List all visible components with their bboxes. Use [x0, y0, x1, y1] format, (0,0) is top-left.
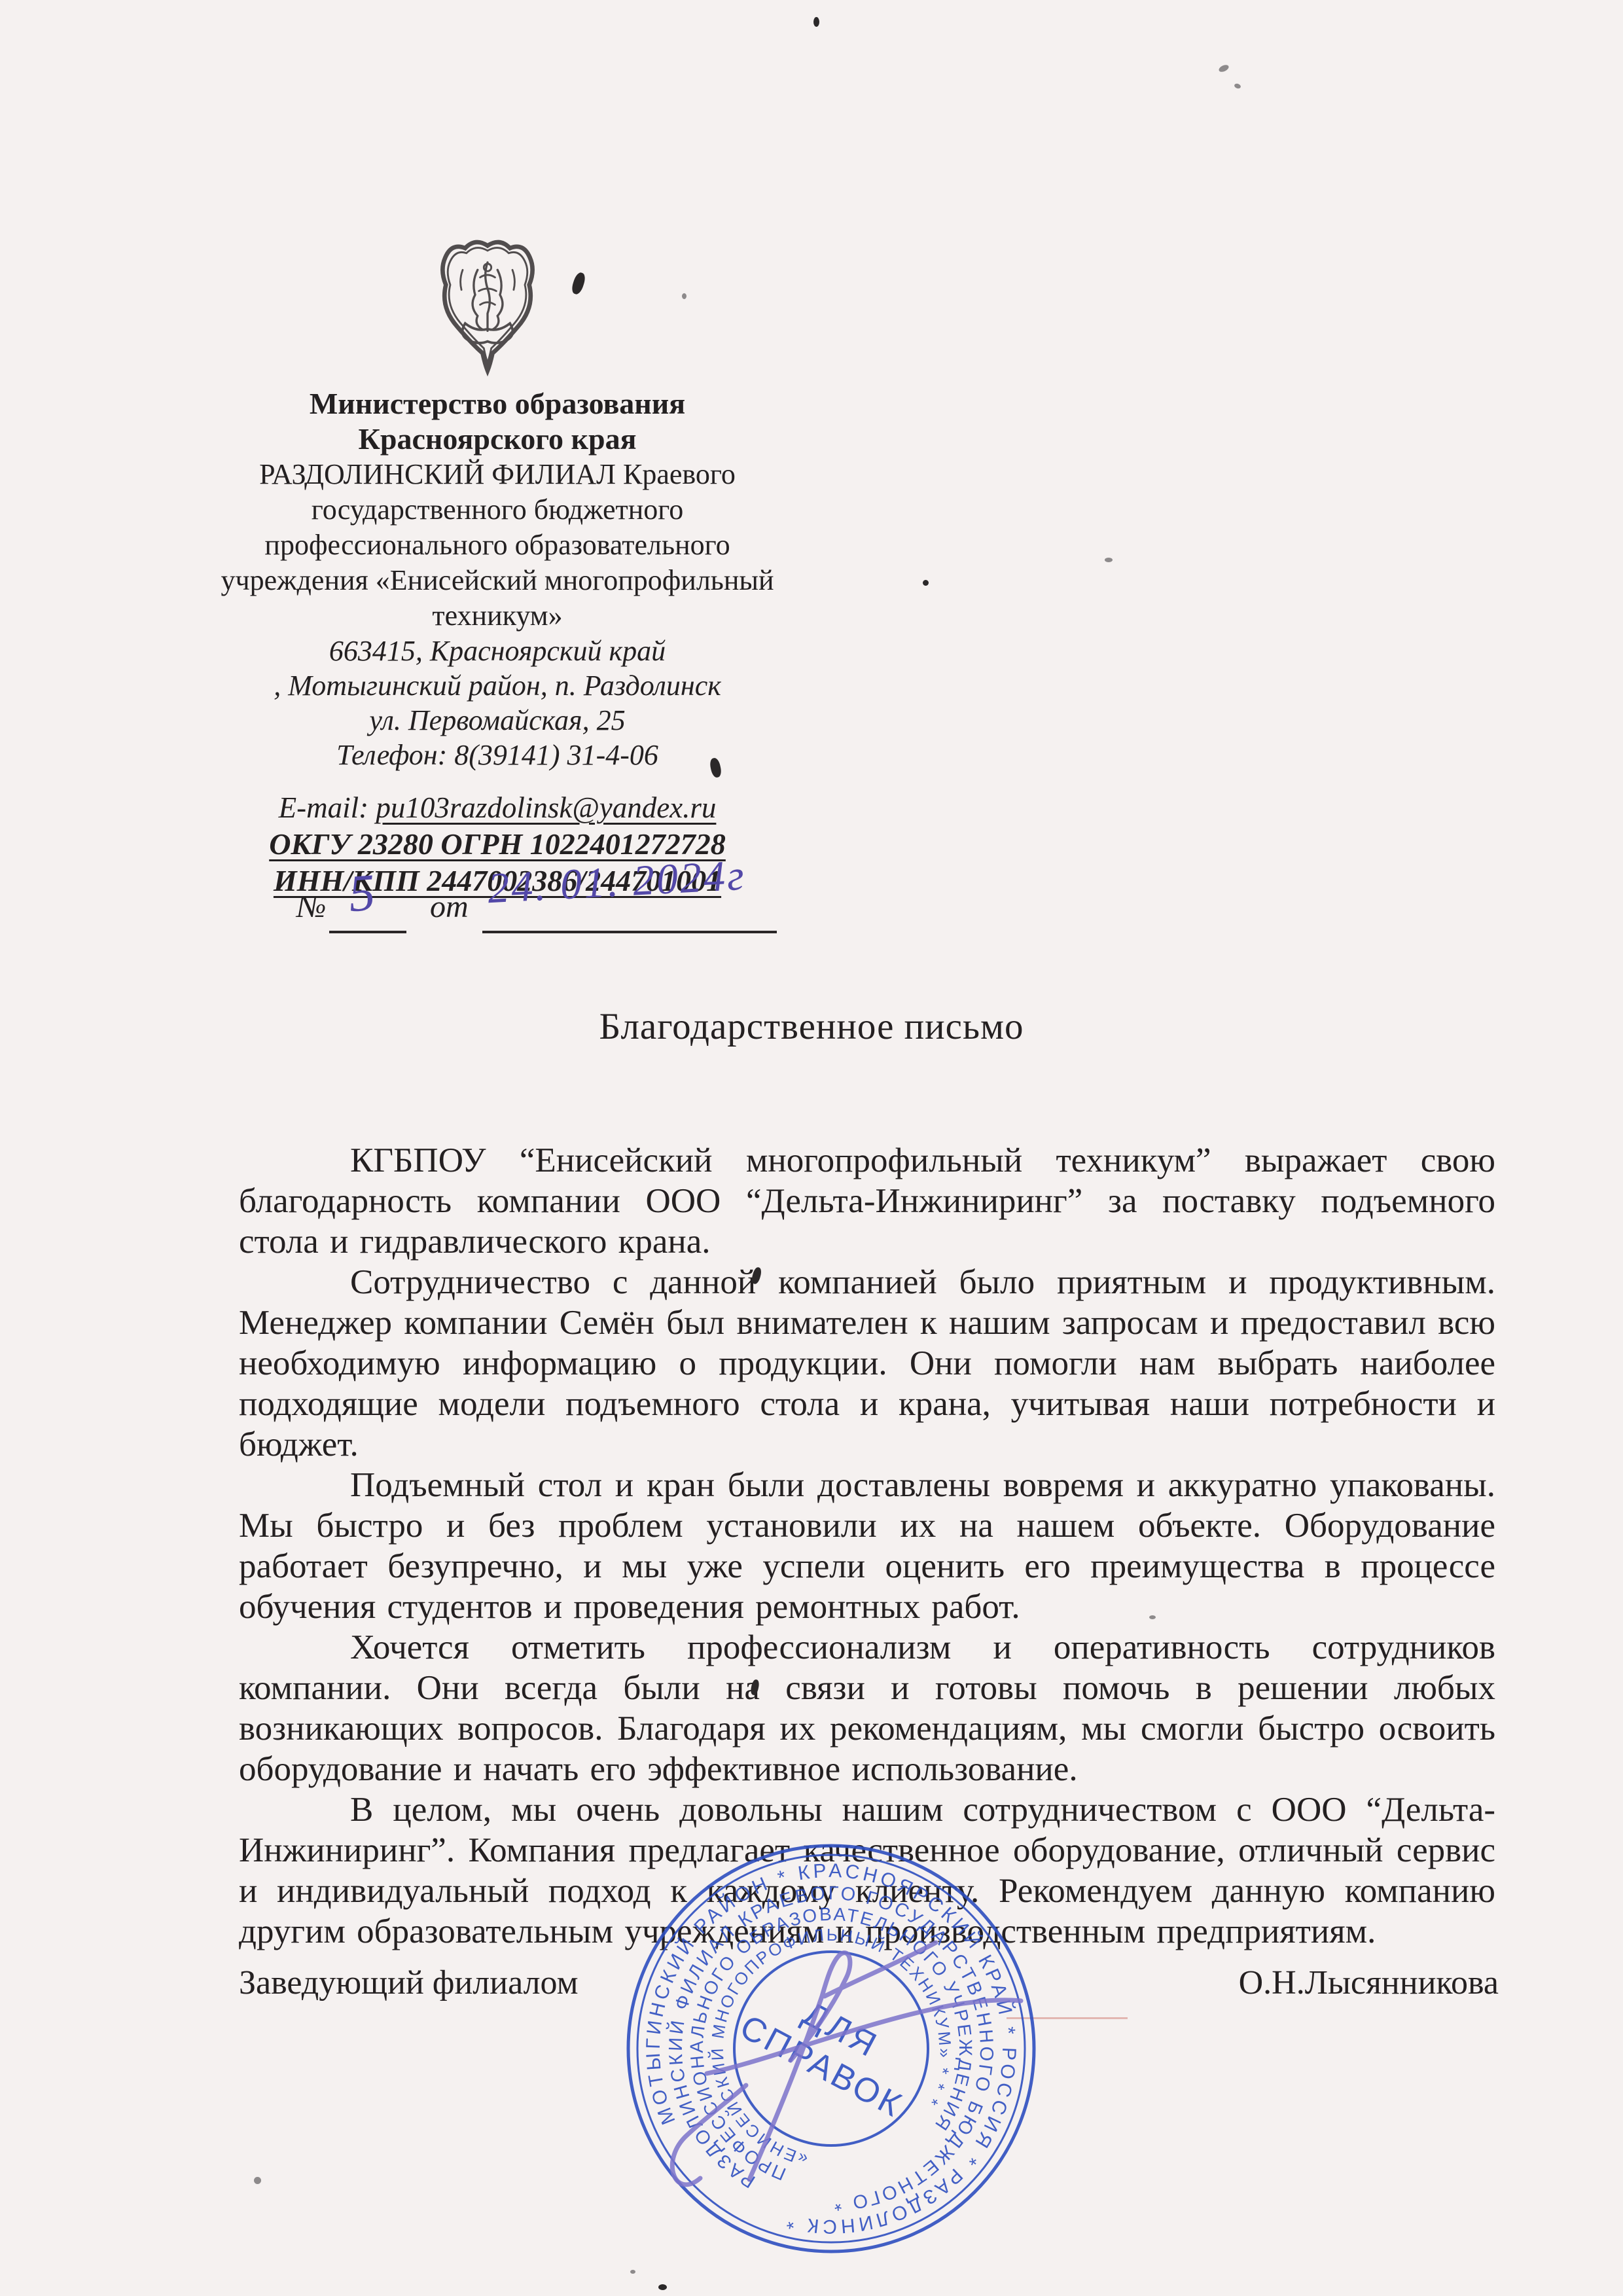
scan-artifact [254, 2177, 261, 2184]
email-line: E-mail: pu103razdolinsk@yandex.ru [190, 789, 805, 826]
org-line: РАЗДОЛИНСКИЙ ФИЛИАЛ Краевого [190, 457, 805, 492]
scan-artifact [1218, 63, 1230, 73]
region-line: Красноярского края [190, 422, 805, 457]
scan-artifact [658, 2284, 667, 2290]
org-line: профессионального образовательного [190, 528, 805, 563]
scanned-letter-page: Министерство образования Красноярского к… [0, 0, 1623, 2296]
letter-body: КГБПОУ “Енисейский многопрофильный техни… [239, 1140, 1495, 1952]
coat-of-arms-emblem [425, 229, 550, 383]
email-value: pu103razdolinsk@yandex.ru [376, 791, 716, 824]
paragraph-1: КГБПОУ “Енисейский многопрофильный техни… [239, 1140, 1495, 1262]
paragraph-3: Подъемный стол и кран были доставлены во… [239, 1465, 1495, 1627]
scan-artifact [1149, 1615, 1156, 1619]
district-line: , Мотыгинский район, п. Раздолинск [190, 668, 805, 703]
scan-artifact [923, 580, 929, 586]
postal-code-line: 663415, Красноярский край [190, 634, 805, 668]
org-line: учреждения «Енисейский многопрофильный [190, 563, 805, 598]
paragraph-2: Сотрудничество с данной компанией было п… [239, 1262, 1495, 1465]
email-label: E-mail: [279, 791, 376, 824]
letter-title: Благодарственное письмо [157, 1005, 1466, 1048]
handwritten-signature [628, 1898, 1060, 2225]
scan-artifact [813, 17, 819, 27]
scan-artifact [570, 271, 587, 295]
org-line: техникум» [190, 598, 805, 634]
letterhead: Министерство образования Красноярского к… [190, 386, 805, 899]
paragraph-4: Хочется отметить профессионализм и опера… [239, 1627, 1495, 1789]
scan-artifact [1234, 83, 1241, 90]
signer-name: О.Н.Лысянникова [1239, 1964, 1499, 2002]
doc-number-line: № 5 от 24. 01. 2024г [291, 870, 802, 942]
handwritten-number: 5 [347, 863, 377, 925]
number-label: № [296, 889, 326, 925]
scan-artifact [1105, 558, 1113, 562]
org-line: государственного бюджетного [190, 492, 805, 528]
ministry-line: Министерство образования [190, 386, 805, 422]
street-line: ул. Первомайская, 25 [190, 703, 805, 738]
date-preposition: от [430, 889, 469, 925]
signer-position: Заведующий филиалом [239, 1964, 578, 2002]
scan-artifact [682, 293, 687, 299]
scan-artifact [630, 2270, 635, 2274]
